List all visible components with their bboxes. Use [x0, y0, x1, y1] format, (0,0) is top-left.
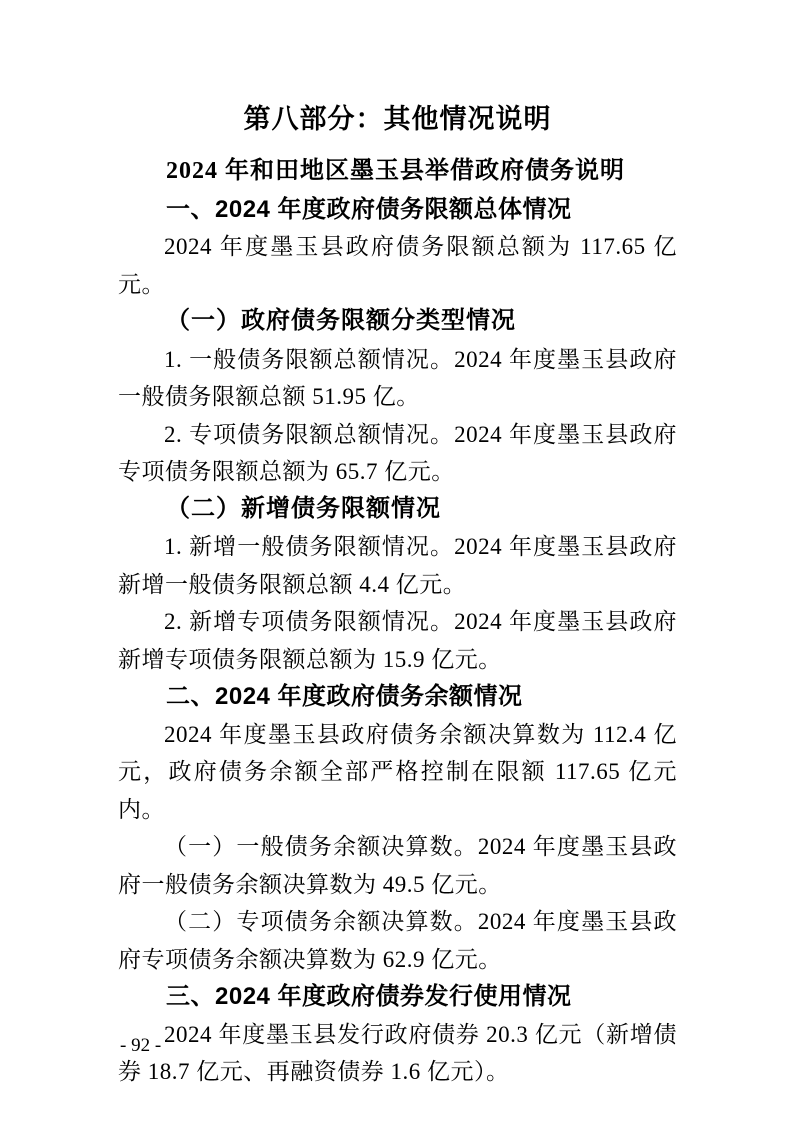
paragraph: 2024 年度墨玉县政府债务余额决算数为 112.4 亿元，政府债务余额全部严格…	[118, 716, 677, 829]
paragraph: （二）专项债务余额决算数。2024 年度墨玉县政府专项债务余额决算数为 62.9…	[118, 903, 677, 978]
page-title: 第八部分：其他情况说明	[118, 99, 677, 139]
paragraph: 2024 年度墨玉县发行政府债券 20.3 亿元（新增债券 18.7 亿元、再融…	[118, 1016, 677, 1091]
document-page: 第八部分：其他情况说明 2024 年和田地区墨玉县举借政府债务说明 一、2024…	[0, 0, 793, 1122]
paragraph: （一）一般债务余额决算数。2024 年度墨玉县政府一般债务余额决算数为 49.5…	[118, 828, 677, 903]
paragraph: 2024 年度墨玉县政府债务限额总额为 117.65 亿元。	[118, 228, 677, 303]
paragraph: 1. 一般债务限额总额情况。2024 年度墨玉县政府一般债务限额总额 51.95…	[118, 341, 677, 416]
sub-heading-1-2: （二）新增债务限额情况	[118, 491, 677, 529]
document-content: 第八部分：其他情况说明 2024 年和田地区墨玉县举借政府债务说明 一、2024…	[0, 99, 793, 1091]
section-heading-3: 三、2024 年度政府债券发行使用情况	[118, 978, 677, 1016]
document-subtitle: 2024 年和田地区墨玉县举借政府债务说明	[118, 153, 677, 191]
paragraph: 1. 新增一般债务限额情况。2024 年度墨玉县政府新增一般债务限额总额 4.4…	[118, 528, 677, 603]
section-heading-2: 二、2024 年度政府债务余额情况	[118, 678, 677, 716]
paragraph: 2. 专项债务限额总额情况。2024 年度墨玉县政府专项债务限额总额为 65.7…	[118, 416, 677, 491]
paragraph: 2. 新增专项债务限额情况。2024 年度墨玉县政府新增专项债务限额总额为 15…	[118, 603, 677, 678]
page-number: - 92 -	[120, 1034, 161, 1058]
sub-heading-1-1: （一）政府债务限额分类型情况	[118, 303, 677, 341]
section-heading-1: 一、2024 年度政府债务限额总体情况	[118, 191, 677, 229]
